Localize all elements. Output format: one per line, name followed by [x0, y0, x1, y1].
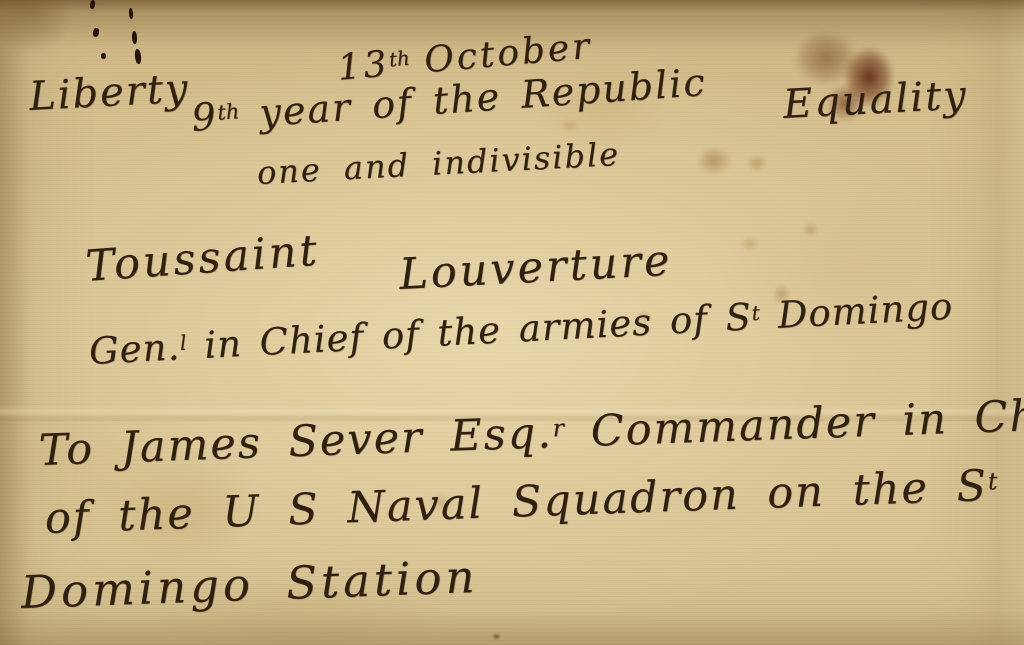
stray-ink-mark: [101, 53, 106, 59]
foxing-spot: [746, 154, 768, 172]
stray-ink-mark: [92, 28, 99, 38]
unity-line: one and indivisible: [256, 135, 621, 192]
stray-ink-mark: [132, 31, 138, 44]
recipient-part: To James Sever Esq.: [38, 408, 554, 476]
recipient-line-1: To James Sever Esq.r Commander in Chief: [38, 389, 1024, 476]
date-ordinal: th: [388, 47, 411, 72]
stray-ink-mark: [129, 8, 134, 19]
foxing-spot: [802, 222, 819, 237]
year-number: 9: [190, 94, 219, 140]
title-part: in Chief of the armies of S: [185, 295, 752, 368]
recipient-part: of the U S Naval Squadron on the S: [44, 461, 989, 544]
title-part: Domingo: [759, 285, 954, 338]
title-part: Gen.: [88, 325, 181, 373]
foxing-spot: [560, 118, 580, 133]
stray-ink-mark: [134, 49, 142, 65]
recipient-superscript: r: [552, 414, 564, 442]
ink-speck: [492, 633, 501, 640]
recipient-line-3: Domingo Station: [20, 550, 479, 619]
author-title-line: Gen.l in Chief of the armies of St Domin…: [88, 285, 954, 373]
author-first-name: Toussaint: [84, 226, 321, 292]
recipient-superscript: t: [987, 467, 997, 495]
motto-equality: Equality: [782, 72, 969, 128]
recipient-line-2: of the U S Naval Squadron on the St: [44, 461, 998, 544]
stray-ink-mark: [89, 0, 95, 9]
motto-liberty: Liberty: [28, 66, 191, 120]
year-ordinal: th: [217, 99, 240, 124]
author-last-name: Louverture: [398, 236, 674, 300]
foxing-spot: [740, 236, 760, 252]
letter-page: Liberty 13th October 9th year of the Rep…: [0, 0, 1024, 645]
recipient-part: Commander in Chief: [563, 389, 1024, 458]
foxing-spot: [696, 146, 732, 176]
